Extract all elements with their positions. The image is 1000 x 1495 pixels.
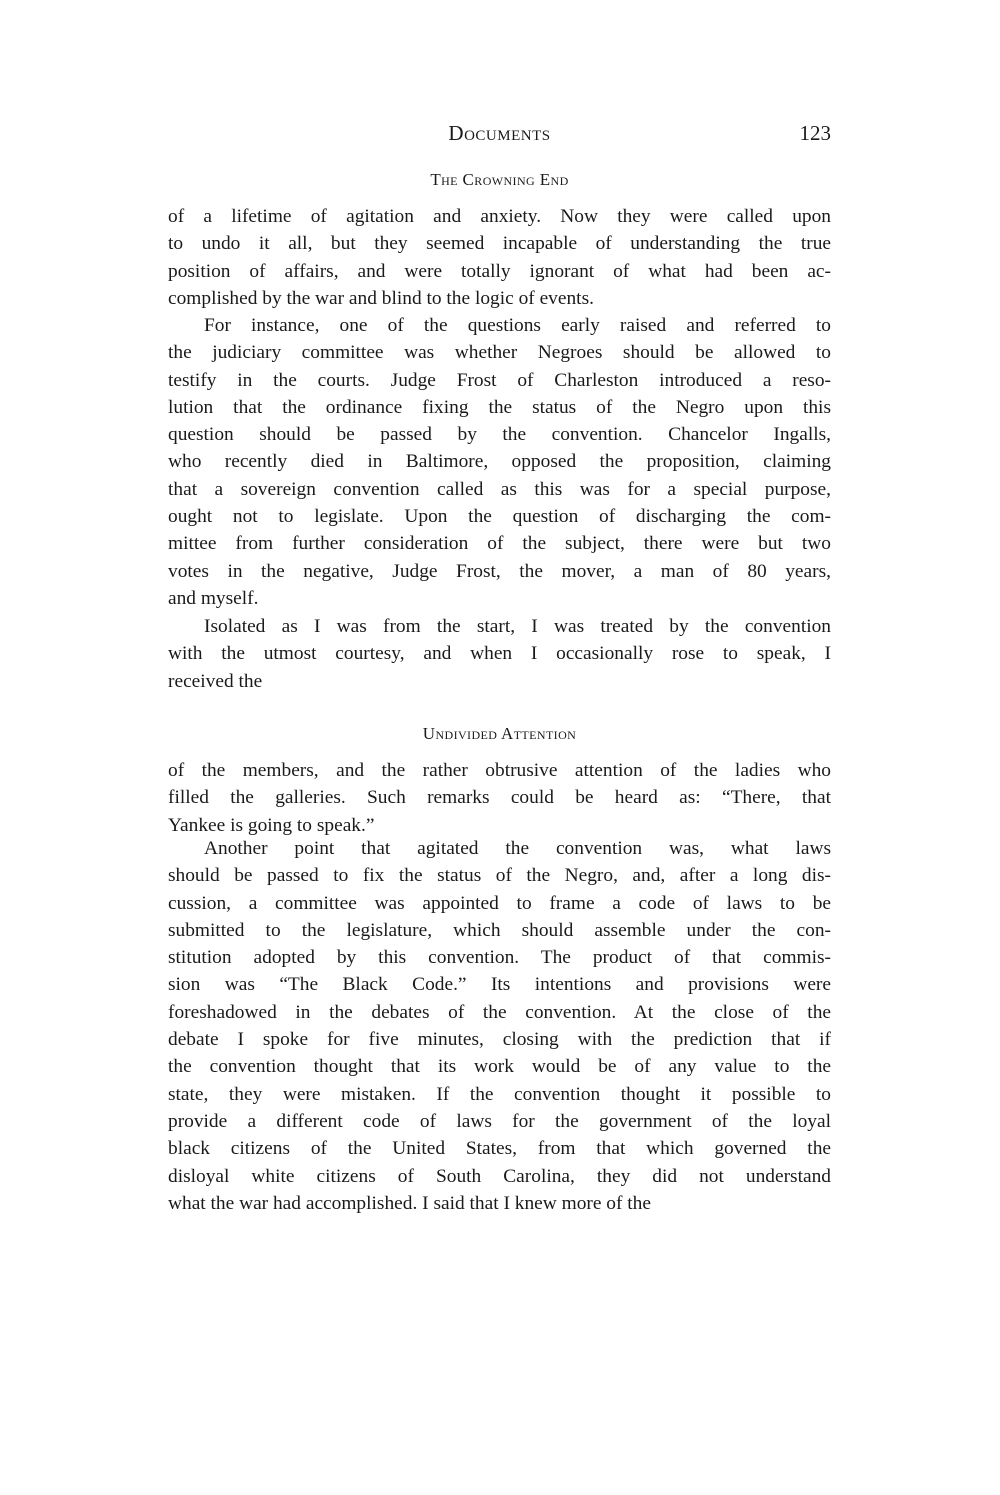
text-line: cussion, a committee was appointed to fr…	[168, 890, 831, 917]
text-line: who recently died in Baltimore, opposed …	[168, 448, 831, 475]
text-line: should be passed to fix the status of th…	[168, 862, 831, 889]
text-line: the judiciary committee was whether Negr…	[168, 339, 831, 366]
text-line: mittee from further consideration of the…	[168, 530, 831, 557]
text-line: ought not to legislate. Upon the questio…	[168, 503, 831, 530]
text-line: with the utmost courtesy, and when I occ…	[168, 640, 831, 667]
text-line: testify in the courts. Judge Frost of Ch…	[168, 367, 831, 394]
paragraph: of the members, and the rather obtrusive…	[168, 757, 831, 839]
text-line: and myself.	[168, 585, 831, 612]
text-line: For instance, one of the questions early…	[168, 312, 831, 339]
section-heading: The Crowning End	[168, 168, 831, 192]
text-line: the convention thought that its work wou…	[168, 1053, 831, 1080]
text-line: stitution adopted by this convention. Th…	[168, 944, 831, 971]
section-heading: Undivided Attention	[168, 722, 831, 746]
text-line: received the	[168, 668, 831, 695]
paragraph: of a lifetime of agitation and anxiety. …	[168, 203, 831, 312]
paragraph: Isolated as I was from the start, I was …	[168, 613, 831, 695]
text-line: provide a different code of laws for the…	[168, 1108, 831, 1135]
text-line: state, they were mistaken. If the conven…	[168, 1081, 831, 1108]
text-line: disloyal white citizens of South Carolin…	[168, 1163, 831, 1190]
running-title: Documents	[168, 118, 831, 148]
running-header: Documents 123	[168, 118, 831, 148]
text-line: lution that the ordinance fixing the sta…	[168, 394, 831, 421]
text-line: position of affairs, and were totally ig…	[168, 258, 831, 285]
text-line: Isolated as I was from the start, I was …	[168, 613, 831, 640]
text-line: submitted to the legislature, which shou…	[168, 917, 831, 944]
document-page: Documents 123 The Crowning End of a life…	[0, 0, 1000, 1495]
text-line: debate I spoke for five minutes, closing…	[168, 1026, 831, 1053]
text-line: sion was “The Black Code.” Its intention…	[168, 971, 831, 998]
text-line: black citizens of the United States, fro…	[168, 1135, 831, 1162]
text-line: that a sovereign convention called as th…	[168, 476, 831, 503]
page-number: 123	[800, 118, 832, 148]
text-line: filled the galleries. Such remarks could…	[168, 784, 831, 811]
text-line: to undo it all, but they seemed incapabl…	[168, 230, 831, 257]
text-line: Another point that agitated the conventi…	[168, 835, 831, 862]
text-line: of a lifetime of agitation and anxiety. …	[168, 203, 831, 230]
text-line: votes in the negative, Judge Frost, the …	[168, 558, 831, 585]
text-line: foreshadowed in the debates of the conve…	[168, 999, 831, 1026]
text-line: of the members, and the rather obtrusive…	[168, 757, 831, 784]
paragraph: For instance, one of the questions early…	[168, 312, 831, 612]
text-line: question should be passed by the convent…	[168, 421, 831, 448]
text-line: complished by the war and blind to the l…	[168, 285, 831, 312]
paragraph: Another point that agitated the conventi…	[168, 835, 831, 1217]
text-line: what the war had accomplished. I said th…	[168, 1190, 831, 1217]
